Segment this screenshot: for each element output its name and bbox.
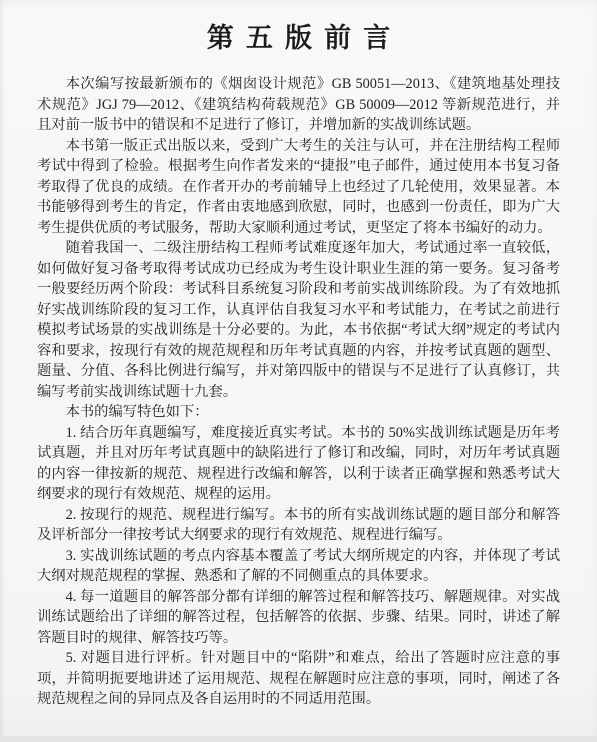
document-page: 第五版前言 本次编写按最新颁布的《烟囱设计规范》GB 50051—2013、《建… (0, 0, 597, 742)
page-title: 第五版前言 (0, 0, 597, 55)
paragraph-features-heading: 本书的编写特色如下： (37, 402, 560, 423)
paragraph-history: 本书第一版正式出版以来，受到广大考生的关注与认可，并在注册结构工程师考试中得到了… (37, 136, 560, 239)
feature-item-1: 1. 结合历年真题编写，难度接近真实考试。本书的 50%实战训练试题是历年考试真… (37, 423, 560, 505)
feature-item-3: 3. 实战训练试题的考点内容基本覆盖了考试大纲所规定的内容，并体现了考试大纲对规… (37, 546, 560, 587)
feature-item-2: 2. 按现行的规范、规程进行编写。本书的所有实战训练试题的题目部分和解答及评析部… (37, 505, 560, 546)
paragraph-background: 随着我国一、二级注册结构工程师考试难度逐年加大，考试通过率一直较低，如何做好复习… (37, 238, 560, 402)
document-body: 本次编写按最新颁布的《烟囱设计规范》GB 50051—2013、《建筑地基处理技… (37, 74, 560, 710)
paragraph-intro: 本次编写按最新颁布的《烟囱设计规范》GB 50051—2013、《建筑地基处理技… (37, 74, 560, 136)
feature-item-5: 5. 对题目进行评析。针对题目中的“陷阱”和难点，给出了答题时应注意的事项，并简… (37, 648, 560, 710)
feature-item-4: 4. 每一道题目的解答部分都有详细的解答过程和解答技巧、解题规律。对实战训练试题… (37, 587, 560, 649)
